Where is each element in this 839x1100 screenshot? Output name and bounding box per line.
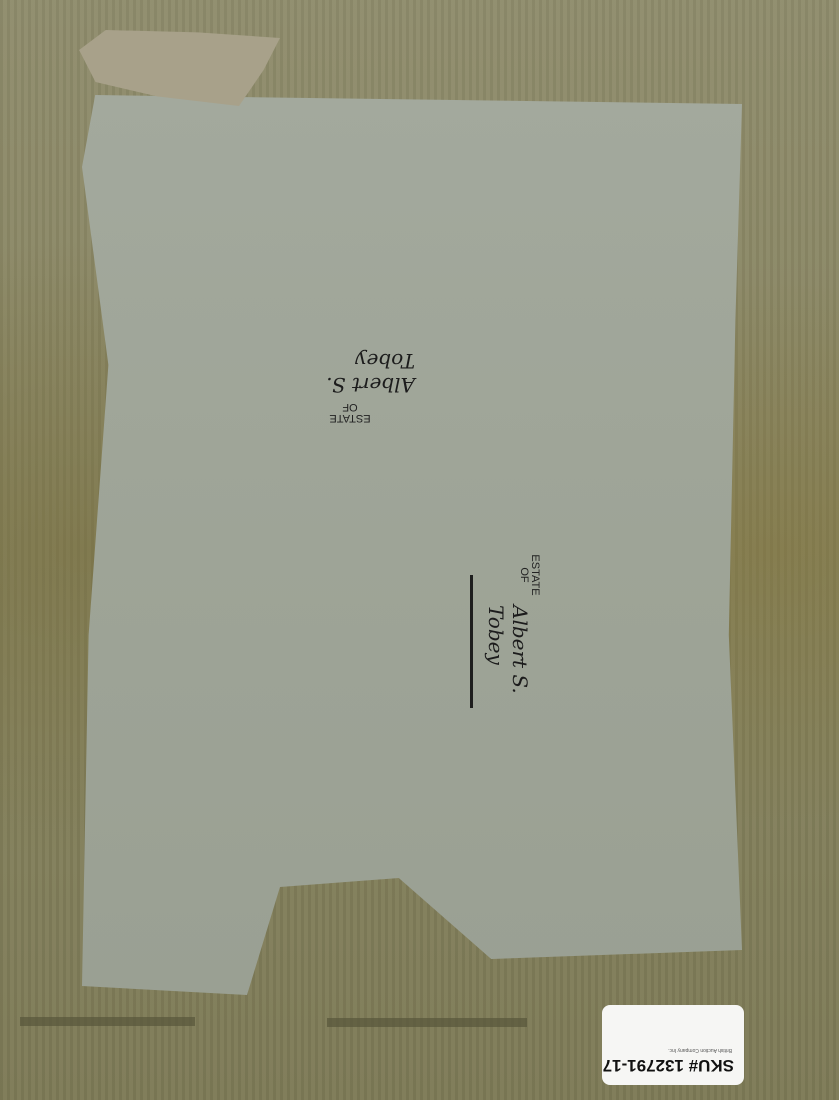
stamp-rule-line bbox=[470, 575, 473, 708]
tape-stripe-center bbox=[327, 1018, 527, 1027]
sku-number: SKU# 132791-17 bbox=[603, 1055, 734, 1075]
sku-label: British Auction Company Inc. SKU# 132791… bbox=[602, 1005, 744, 1085]
gray-paper-panel bbox=[82, 95, 742, 995]
estate-stamp-center: ESTATE OF Albert S. Tobey bbox=[500, 550, 540, 730]
stamp-label: OF bbox=[518, 550, 529, 600]
stamp-label: OF bbox=[325, 401, 375, 412]
tape-stripe-left bbox=[20, 1017, 195, 1026]
stamp-label: ESTATE bbox=[325, 412, 375, 423]
estate-stamp-upper: ESTATE OF Albert S. Tobey bbox=[280, 355, 420, 425]
sku-subtext: British Auction Company Inc. bbox=[668, 1047, 732, 1053]
signature: Albert S. Tobey bbox=[484, 605, 532, 730]
signature: Albert S. Tobey bbox=[280, 349, 415, 397]
stamp-label: ESTATE bbox=[529, 550, 540, 600]
